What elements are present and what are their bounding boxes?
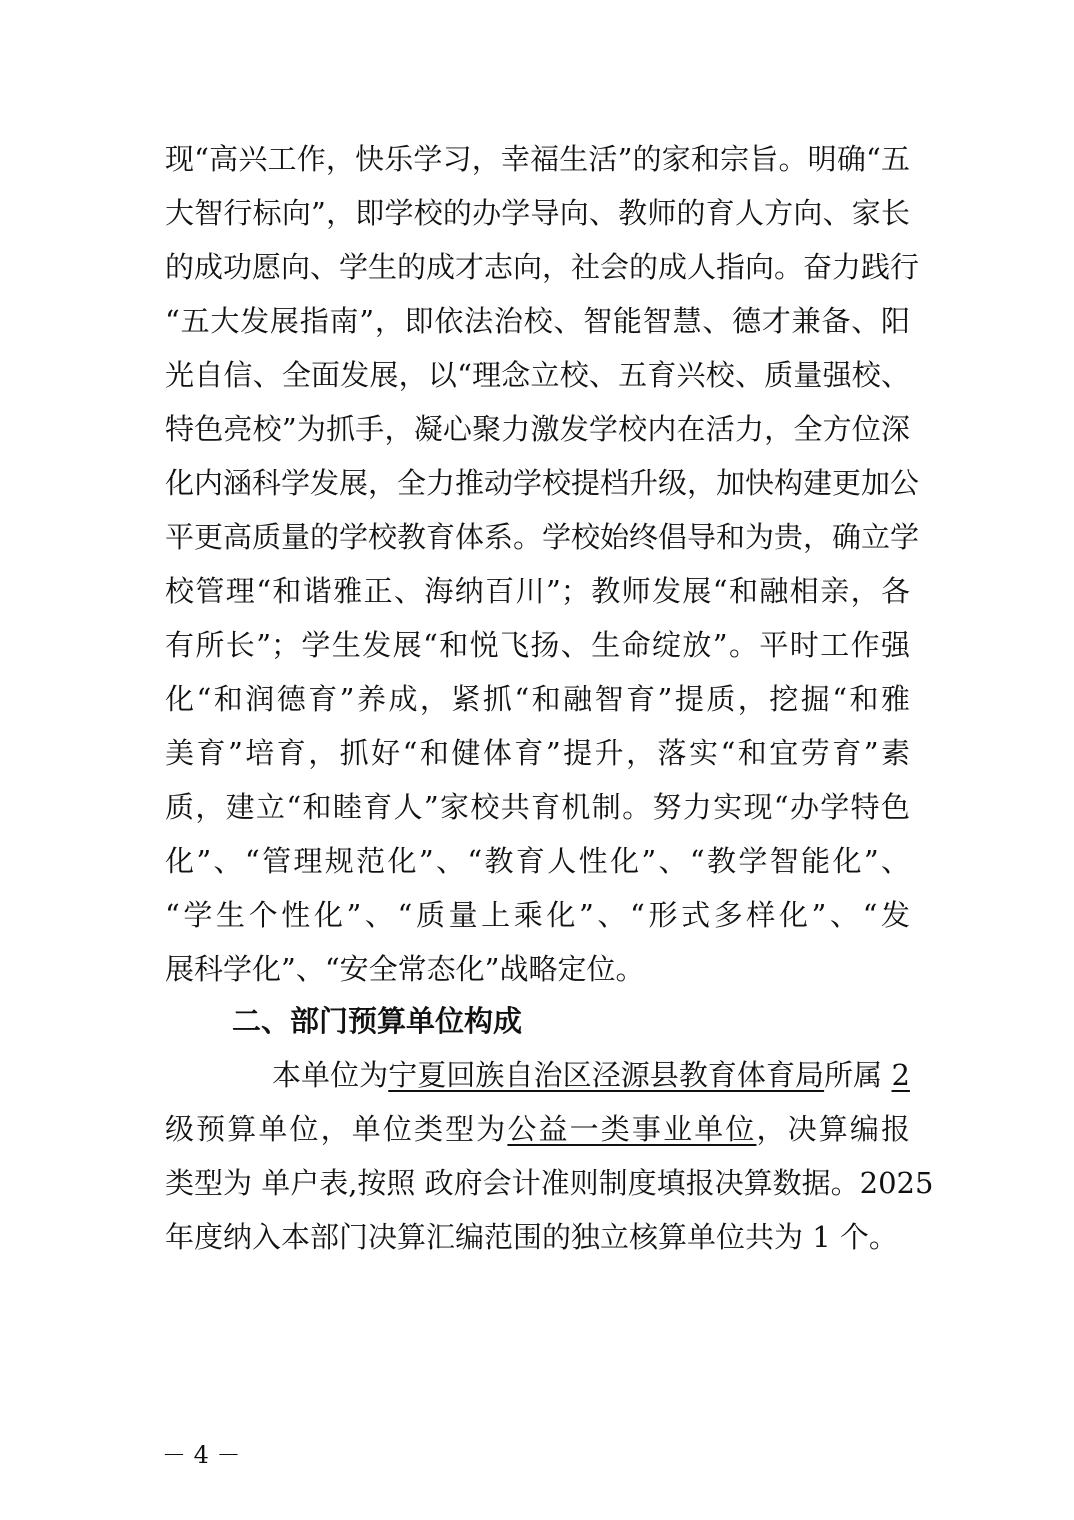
budget-level: 2 bbox=[892, 1058, 910, 1092]
body-line: 平更高质量的学校教育体系。学校始终倡导和为贵，确立学 bbox=[165, 519, 910, 555]
body-line: 类型为 单户表,按照 政府会计准则制度填报决算数据。2025 bbox=[165, 1165, 910, 1201]
body-line: 年度纳入本部门决算汇编范围的独立核算单位共为 1 个。 bbox=[165, 1219, 910, 1255]
section-heading: 二、部门预算单位构成 bbox=[232, 1003, 522, 1039]
body-line: 校管理“和谐雅正、海纳百川”；教师发展“和融相亲，各 bbox=[165, 573, 910, 609]
organization-name: 宁夏回族自治区泾源县教育体育局 bbox=[388, 1058, 824, 1092]
text: ，决算编报 bbox=[756, 1112, 910, 1146]
body-line: 现“高兴工作，快乐学习，幸福生活”的家和宗旨。明确“五 bbox=[165, 141, 910, 177]
text: 本单位为 bbox=[272, 1058, 388, 1092]
unit-type: 公益一类事业单位 bbox=[507, 1112, 756, 1146]
body-line: 光自信、全面发展，以“理念立校、五育兴校、质量强校、 bbox=[165, 357, 910, 393]
body-line: 质，建立“和睦育人”家校共育机制。努力实现“办学特色 bbox=[165, 789, 910, 825]
document-page: 现“高兴工作，快乐学习，幸福生活”的家和宗旨。明确“五 大智行标向”，即学校的办… bbox=[0, 0, 1074, 1520]
body-line: 美育”培育，抓好“和健体育”提升，落实“和宜劳育”素 bbox=[165, 735, 910, 771]
text: 级预算单位，单位类型为 bbox=[165, 1112, 507, 1146]
body-line: 的成功愿向、学生的成才志向，社会的成人指向。奋力践行 bbox=[165, 249, 910, 285]
body-line: 大智行标向”，即学校的办学导向、教师的育人方向、家长 bbox=[165, 195, 910, 231]
body-line: 特色亮校”为抓手，凝心聚力激发学校内在活力，全方位深 bbox=[165, 411, 910, 447]
body-line: 展科学化”、“安全常态化”战略定位。 bbox=[165, 951, 910, 987]
body-line: 化内涵科学发展，全力推动学校提档升级，加快构建更加公 bbox=[165, 465, 910, 501]
text: 所属 bbox=[824, 1058, 882, 1092]
body-line: 级预算单位，单位类型为公益一类事业单位，决算编报 bbox=[165, 1111, 910, 1147]
page-number: － 4 － bbox=[162, 1440, 241, 1470]
body-line: 本单位为宁夏回族自治区泾源县教育体育局所属 2 bbox=[272, 1057, 910, 1093]
body-line: 有所长”；学生发展“和悦飞扬、生命绽放”。平时工作强 bbox=[165, 627, 910, 663]
body-line: 化“和润德育”养成，紧抓“和融智育”提质，挖掘“和雅 bbox=[165, 681, 910, 717]
body-line: “学生个性化”、“质量上乘化”、“形式多样化”、“发 bbox=[165, 897, 910, 933]
body-line: 化”、“管理规范化”、“教育人性化”、“教学智能化”、 bbox=[165, 843, 910, 879]
body-line: “五大发展指南”，即依法治校、智能智慧、德才兼备、阳 bbox=[165, 303, 910, 339]
